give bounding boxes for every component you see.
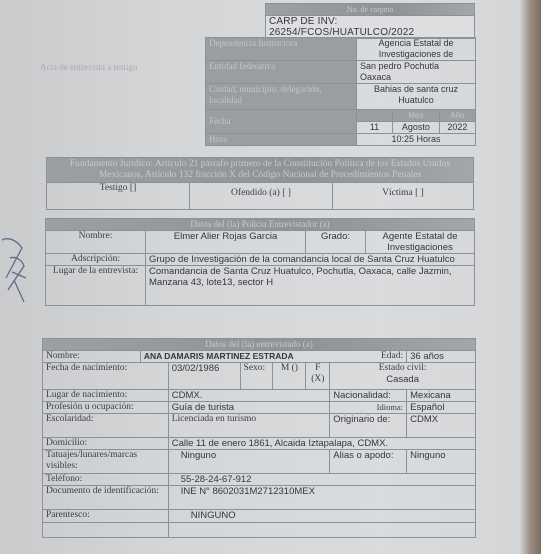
lugar-entrevista-label: Lugar de la entrevista: bbox=[46, 266, 146, 306]
carpeta-header: No. de carpeta bbox=[266, 4, 475, 16]
policia-nombre: Elmer Alier Rojas Garcia bbox=[146, 231, 306, 254]
entrevistado-nombre: ANA DAMARIS MARTINEZ ESTRADA bbox=[140, 351, 372, 363]
sexo-f: F (X) bbox=[306, 363, 330, 390]
estado-civil-label: Estado civil: bbox=[333, 363, 472, 374]
signature-mark bbox=[0, 228, 40, 308]
fecha-anio: 2022 bbox=[439, 122, 475, 134]
policia-block: Datos del (la) Policía Entrevistador (a)… bbox=[45, 218, 475, 306]
lugar-nac-label: Lugar de nacimiento: bbox=[43, 390, 169, 402]
profesion-value: Guía de turista bbox=[168, 402, 330, 414]
fecha-label: Fecha bbox=[206, 110, 357, 134]
estado-civil-cell: Estado civil: Casada bbox=[330, 363, 476, 390]
escolaridad-value: Licenciada en turismo bbox=[168, 414, 330, 438]
lugar-entrevista-value: Comandancia de Santa Cruz Huatulco, Poch… bbox=[146, 266, 475, 306]
parentesco-value: NINGUNO bbox=[168, 510, 475, 523]
edad-label: Edad: bbox=[373, 351, 407, 363]
carpeta-block: No. de carpeta CARP DE INV: 26254/FCOS/H… bbox=[265, 3, 475, 39]
edad-value: 36 años bbox=[407, 351, 476, 363]
fecha-mes: Agosto bbox=[393, 122, 440, 134]
hora-value: 10:25 Horas bbox=[357, 134, 476, 146]
tatuajes-label: Tatuajes/lunares/marcas visibles: bbox=[43, 450, 169, 474]
policia-grado-label: Grado: bbox=[306, 231, 366, 254]
alias-value: Ninguno bbox=[407, 450, 476, 474]
option-ofendido[interactable]: Ofendido (a) [ ] bbox=[190, 183, 333, 210]
lugar-nac-value: CDMX. bbox=[168, 390, 330, 402]
entrevistado-nombre-label: Nombre: bbox=[43, 351, 141, 363]
fecha-nac-label: Fecha de nacimiento: bbox=[43, 363, 169, 390]
adscripcion-label: Adscripción: bbox=[46, 254, 146, 266]
parentesco-label: Parentesco: bbox=[43, 510, 169, 523]
nacionalidad-value: Mexicana bbox=[407, 390, 476, 402]
hora-label: Hora bbox=[206, 134, 357, 146]
entidad-label: Entidad federativa bbox=[206, 61, 357, 84]
domicilio-label: Domicilio: bbox=[43, 438, 169, 450]
profesion-label: Profesión u ocupación: bbox=[43, 402, 169, 414]
tatuajes-value: Ninguno bbox=[168, 450, 330, 474]
dependencia-value: Agencia Estatal de Investigaciones de bbox=[357, 38, 476, 61]
escolaridad-label: Escolaridad: bbox=[43, 414, 169, 438]
entrevistado-header: Datos del (la) entrevistado (a) bbox=[43, 339, 476, 351]
info-block: Dependencia Instructora Agencia Estatal … bbox=[205, 37, 476, 146]
adscripcion-value: Grupo de Investigación de la comandancia… bbox=[146, 254, 475, 266]
ciudad-label: Ciudad, municipio, delegación, localidad bbox=[206, 84, 357, 110]
alias-label: Alias o apodo: bbox=[330, 450, 407, 474]
fundamento-text: Fundamento Jurídico: Artículo 21 párrafo… bbox=[47, 158, 474, 183]
fundamento-block: Fundamento Jurídico: Artículo 21 párrafo… bbox=[46, 157, 474, 210]
originario-value: CDMX bbox=[407, 414, 476, 438]
policia-grado: Agente Estatal de Investigaciones bbox=[366, 231, 475, 254]
domicilio-value: Calle 11 de enero 1861, Alcaida Iztapala… bbox=[168, 438, 475, 450]
sexo-label: Sexo: bbox=[240, 363, 273, 390]
sexo-m: M () bbox=[273, 363, 306, 390]
mes-label: Mes bbox=[393, 110, 440, 122]
originario-label: Originario de: bbox=[330, 414, 407, 438]
option-testigo[interactable]: Testigo [] bbox=[47, 183, 190, 210]
idioma-value: Español bbox=[407, 402, 476, 414]
entidad-value: San pedro Pochutla Oaxaca bbox=[357, 61, 476, 84]
nacionalidad-label: Nacionalidad: bbox=[330, 390, 407, 402]
telefono-value: 55-28-24-67-912 bbox=[168, 474, 475, 486]
dependencia-label: Dependencia Instructora bbox=[206, 38, 357, 61]
documento-value: INE N° 8602031M2712310MEX bbox=[168, 486, 475, 510]
estado-civil-value: Casada bbox=[333, 374, 472, 385]
fecha-nac-value: 03/02/1986 bbox=[168, 363, 240, 390]
policia-nombre-label: Nombre: bbox=[46, 231, 146, 254]
fecha-dia: 11 bbox=[357, 122, 393, 134]
idioma-label: Idioma: bbox=[330, 402, 407, 414]
anio-label: Año bbox=[439, 110, 475, 122]
ciudad-value: Bahias de santa cruz Huatulco bbox=[357, 84, 476, 110]
doc-title: Acta de entrevista a testigo bbox=[40, 62, 137, 72]
policia-header: Datos del (la) Policía Entrevistador (a) bbox=[46, 219, 475, 231]
carpeta-number: CARP DE INV: 26254/FCOS/HUATULCO/2022 bbox=[266, 16, 475, 39]
option-victima[interactable]: Víctima [ ] bbox=[333, 183, 474, 210]
documento-label: Documento de identificación: bbox=[43, 486, 169, 510]
entrevistado-block: Datos del (la) entrevistado (a) Nombre: … bbox=[42, 338, 476, 538]
telefono-label: Teléfono: bbox=[43, 474, 169, 486]
